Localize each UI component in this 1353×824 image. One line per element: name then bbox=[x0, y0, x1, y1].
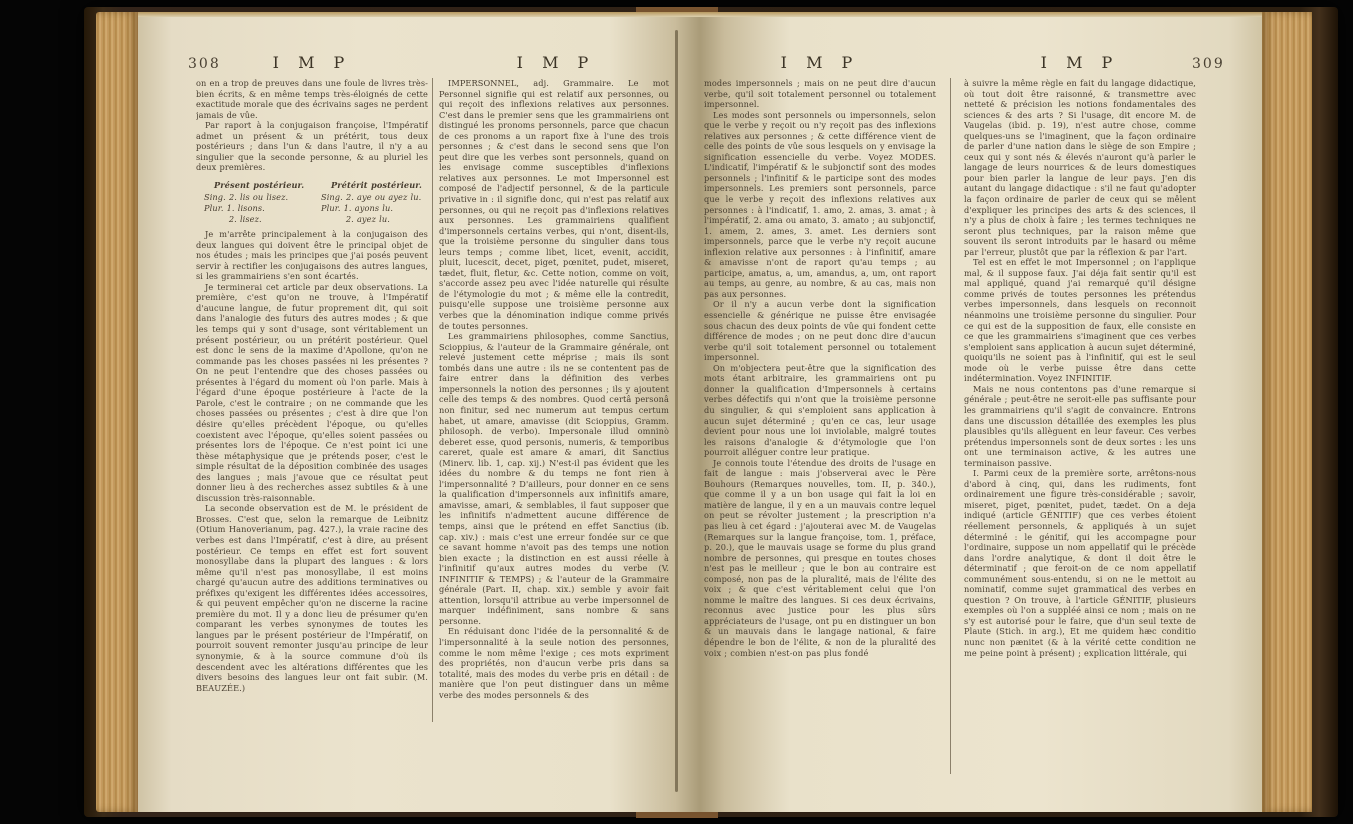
table-header: Présent postérieur. bbox=[200, 178, 311, 193]
paragraph: Je terminerai cet article par deux obser… bbox=[196, 282, 428, 503]
left-page-fore-edge bbox=[96, 12, 138, 812]
paragraph: I. Parmi ceux de la première sorte, arrê… bbox=[964, 468, 1196, 658]
table-cell: Plur. 1. ayons lu. bbox=[317, 203, 428, 214]
page-number-right: 309 bbox=[1192, 56, 1225, 72]
running-head-right-col2: I M P bbox=[1041, 53, 1120, 72]
book-gutter bbox=[675, 30, 678, 792]
paragraph: à suivre la même règle en fait du langag… bbox=[964, 78, 1196, 257]
paragraph: Les grammairiens philosophes, comme Sanc… bbox=[439, 331, 669, 626]
right-page-column-divider bbox=[950, 78, 951, 774]
table-cell: 2. ayez lu. bbox=[317, 214, 428, 225]
paragraph: La seconde observation est de M. le prés… bbox=[196, 503, 428, 693]
paragraph: Je connois toute l'étendue des droits de… bbox=[704, 458, 936, 658]
paragraph: Les modes sont personnels ou impersonnel… bbox=[704, 110, 936, 300]
right-page-column-2: à suivre la même règle en fait du langag… bbox=[964, 78, 1196, 778]
left-page-column-1: on en a trop de preuves dans une foule d… bbox=[196, 78, 428, 730]
page-number-left: 308 bbox=[188, 56, 221, 72]
table-cell: Sing. 2. aye ou ayez lu. bbox=[317, 192, 428, 203]
paragraph: on en a trop de preuves dans une foule d… bbox=[196, 78, 428, 120]
table-cell: Sing. 2. lis ou lisez. bbox=[200, 192, 311, 203]
paragraph: On m'objectera peut-être que la signific… bbox=[704, 363, 936, 458]
left-page-column-2: IMPERSONNEL, adj. Grammaire. Le mot Pers… bbox=[439, 78, 669, 736]
paragraph: Par raport à la conjugaison françoise, l… bbox=[196, 120, 428, 173]
table-cell: Plur. 1. lisons. bbox=[200, 203, 311, 214]
table-cell: 2. lisez. bbox=[200, 214, 311, 225]
paragraph: IMPERSONNEL, adj. Grammaire. Le mot Pers… bbox=[439, 78, 669, 331]
left-page: 308 I M P I M P on en a trop de preuves … bbox=[138, 12, 672, 812]
right-page: I M P I M P 309 modes impersonnels ; mai… bbox=[680, 12, 1262, 812]
paragraph: Je m'arrête principalement à la conjugai… bbox=[196, 229, 428, 282]
photo-background: { "palette":{ "background":"#050505","co… bbox=[0, 0, 1353, 824]
right-page-column-1: modes impersonnels ; mais on ne peut dir… bbox=[704, 78, 936, 770]
right-page-fore-edge bbox=[1262, 12, 1312, 812]
left-page-column-divider bbox=[432, 78, 433, 722]
running-head-left-col2: I M P bbox=[517, 53, 596, 72]
paragraph: Tel est en effet le mot Impersonnel ; on… bbox=[964, 257, 1196, 384]
paragraph: Mais ne nous contentons pas d'une remarq… bbox=[964, 384, 1196, 468]
conjugation-table: Présent postérieur.Prétérit postérieur.S… bbox=[200, 178, 428, 224]
running-head-left-col1: I M P bbox=[273, 53, 352, 72]
paragraph: En réduisant donc l'idée de la personnal… bbox=[439, 626, 669, 700]
paragraph: Or il n'y a aucun verbe dont la signific… bbox=[704, 299, 936, 362]
table-header: Prétérit postérieur. bbox=[317, 178, 428, 193]
running-head-right-col1: I M P bbox=[781, 53, 860, 72]
paragraph: modes impersonnels ; mais on ne peut dir… bbox=[704, 78, 936, 110]
